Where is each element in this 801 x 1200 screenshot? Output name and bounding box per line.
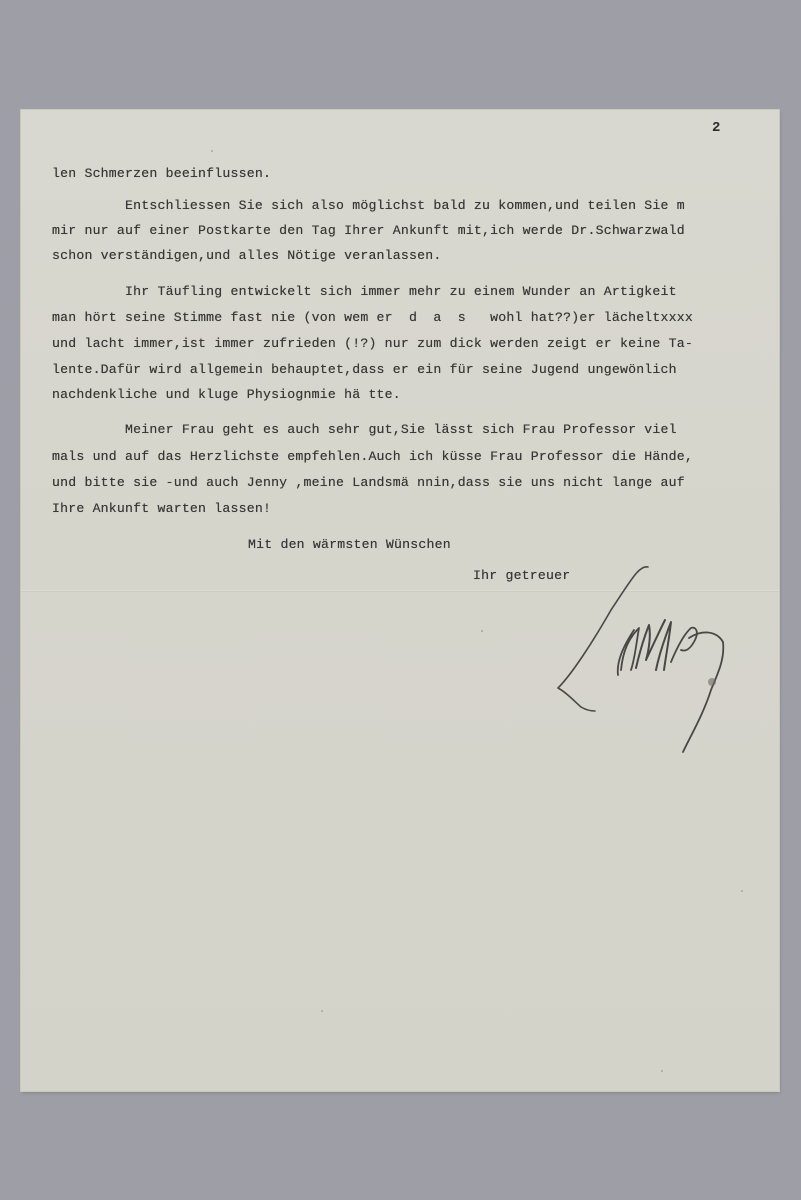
body-line: len Schmerzen beeinflussen. [52, 166, 271, 181]
body-line: Ihr Täufling entwickelt sich immer mehr … [52, 284, 677, 299]
body-line: Ihre Ankunft warten lassen! [52, 501, 271, 516]
paper-speck [321, 1010, 323, 1012]
body-line: und lacht immer,ist immer zufrieden (!?)… [52, 336, 693, 351]
body-line: Meiner Frau geht es auch sehr gut,Sie lä… [52, 422, 677, 437]
body-line: mir nur auf einer Postkarte den Tag Ihre… [52, 223, 685, 238]
paper-speck [741, 890, 743, 892]
body-line: mals und auf das Herzlichste empfehlen.A… [52, 449, 693, 464]
body-line: und bitte sie -und auch Jenny ,meine Lan… [52, 475, 685, 490]
signature [531, 550, 731, 770]
body-line: schon verständigen,und alles Nötige vera… [52, 248, 441, 263]
body-line: nachdenkliche und kluge Physiognmie hä t… [52, 387, 401, 402]
body-line: man hört seine Stimme fast nie (von wem … [52, 310, 693, 325]
paper-speck [481, 630, 483, 632]
body-line: lente.Dafür wird allgemein behauptet,das… [52, 362, 677, 377]
paper-speck [211, 150, 213, 152]
body-line: Entschliessen Sie sich also möglichst ba… [52, 198, 685, 213]
page-number: 2 [712, 120, 720, 136]
paper-speck [661, 1070, 663, 1072]
letter-page: 2 len Schmerzen beeinflussen. Entschlies… [21, 110, 779, 1091]
closing-line: Mit den wärmsten Wünschen [248, 537, 451, 552]
